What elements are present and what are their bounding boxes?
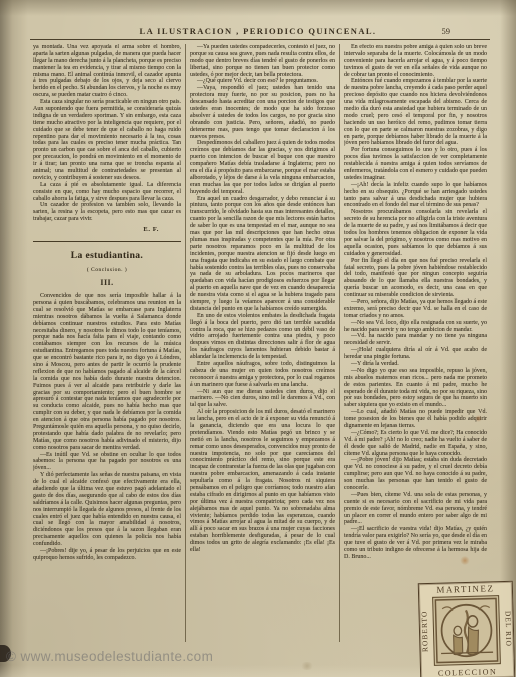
scan-edge-left <box>0 0 28 677</box>
paragraph: Despedímonos del caballero juez á quien … <box>190 140 335 195</box>
paragraph: Al oír la proposicion de los mil duros, … <box>190 409 335 554</box>
paragraph: Por fortuna conseguimos lo uno y lo otro… <box>344 147 487 181</box>
stamp-text-roberto: ROBERTO <box>419 596 432 667</box>
masthead-title: LA ILUSTRACION , PERIODICO QUINCENAL. <box>0 26 516 36</box>
paragraph: Entónces fué cuando empezamos á temblar … <box>344 78 487 147</box>
engraving-figures-icon <box>433 596 500 665</box>
paragraph: —¡Pobre jóven! dijo Matías; estaba sin d… <box>344 457 487 491</box>
paragraph: Por fin llegó el día en que nos fué prec… <box>344 258 487 299</box>
column-middle: —Ya pueden ustedes compadecerles, contes… <box>190 44 335 646</box>
paragraph: En uno de estos violentos embates la des… <box>190 313 335 361</box>
stamp-text-coleccion: COLECCION <box>421 667 514 677</box>
foxing-stain <box>460 556 470 565</box>
paragraph: —Vaya, respondió el juez; ustedes han te… <box>190 85 335 140</box>
foxing-stain <box>475 415 482 422</box>
paragraph: Un cazador de profesion va tambien solo,… <box>33 202 181 223</box>
paragraph: —Es inútil que Vd. se obstine en ocultar… <box>33 452 181 473</box>
foxing-stain <box>300 662 314 670</box>
paragraph: —¡Hola! cualquiera diría al oír á Vd. qu… <box>344 347 487 361</box>
collection-stamp: MARTINEZ COLECCION ROBERTO DEL RIO <box>418 581 516 677</box>
paragraph: —No digo yo que eso sea imposible, repus… <box>344 368 487 409</box>
paragraph: Entre aquellos náufragos, sobre todo, di… <box>190 361 335 389</box>
page-number: 59 <box>442 26 451 36</box>
left-column-paragraphs: Esta caza singular no sería practicable … <box>33 99 181 223</box>
paragraph: Nosotros procurábamos consolarla sin rev… <box>344 209 487 257</box>
paragraph: —Pues bien, cíteme Vd. una sola de estas… <box>344 492 487 526</box>
column-left: ya montada. Una vez apoyada el arma sobr… <box>33 44 181 646</box>
watermark-url: © www.museodelestudiante.com <box>6 649 213 664</box>
scanned-periodical-page: LA ILUSTRACION , PERIODICO QUINCENAL. 59… <box>0 0 516 677</box>
article-subtitle: ( Conclusion. ) <box>33 267 181 273</box>
paragraph: —Ni aun que me dieran ustedes cien duros… <box>190 389 335 410</box>
paragraph: —¿Cómo?; Es cierto lo que Vd. me dice?; … <box>344 430 487 458</box>
article-divider-rule <box>33 241 181 242</box>
scan-edge-right <box>500 0 516 677</box>
paragraph: ya montada. Una vez apoyada el arma sobr… <box>33 44 181 99</box>
article-paragraphs: Convencidos de que nos sería imposible h… <box>33 293 181 562</box>
author-signature: E. F. <box>33 226 181 233</box>
paragraph: —Lo cual, añadió Matías no puede impedir… <box>344 409 487 430</box>
column-divider-right <box>339 44 340 642</box>
paragraph: —¡Ah! decía la infeliz cuando supo lo qu… <box>344 182 487 210</box>
paragraph: En efecto era nuestra pobre amiga á quie… <box>344 44 487 78</box>
article-title: La estudiantina. <box>33 251 181 262</box>
article-section-number: III. <box>33 278 181 287</box>
column-divider-left <box>185 44 186 642</box>
paragraph: —¡Pobres! dije yo, á pesar de los perjui… <box>33 548 181 562</box>
scan-edge-top <box>0 0 516 16</box>
paragraph: Convencidos de que nos sería imposible h… <box>33 293 181 451</box>
right-column-paragraphs: En efecto era nuestra pobre amiga á quie… <box>344 44 487 561</box>
paragraph: —Ya pueden ustedes compadecerles, contes… <box>190 44 335 78</box>
paragraph: Era aquel un cuadro desgarrador, y debo … <box>190 196 335 313</box>
middle-column-paragraphs: —Ya pueden ustedes compadecerles, contes… <box>190 44 335 554</box>
paragraph: —Pero, señora, dijo Matías, ya que hemos… <box>344 299 487 320</box>
paragraph: Y dió perfectamente las señas de nuestra… <box>33 472 181 548</box>
stamp-text-martinez: MARTINEZ <box>419 583 512 595</box>
paragraph: —No sea Vd. loco, dijo ella resignada co… <box>344 320 487 334</box>
header-rule <box>30 39 490 40</box>
paragraph: Esta caza singular no sería practicable … <box>33 99 181 182</box>
stamp-engraving <box>432 595 501 666</box>
paragraph: La caza á pié es absolutamente igual. La… <box>33 182 181 203</box>
paragraph: —Y diría la verdad. <box>344 361 487 368</box>
paragraph: —Vd. ha nacido para mandar y no tiene ya… <box>344 333 487 347</box>
stamp-text-del-rio: DEL RIO <box>501 594 514 665</box>
